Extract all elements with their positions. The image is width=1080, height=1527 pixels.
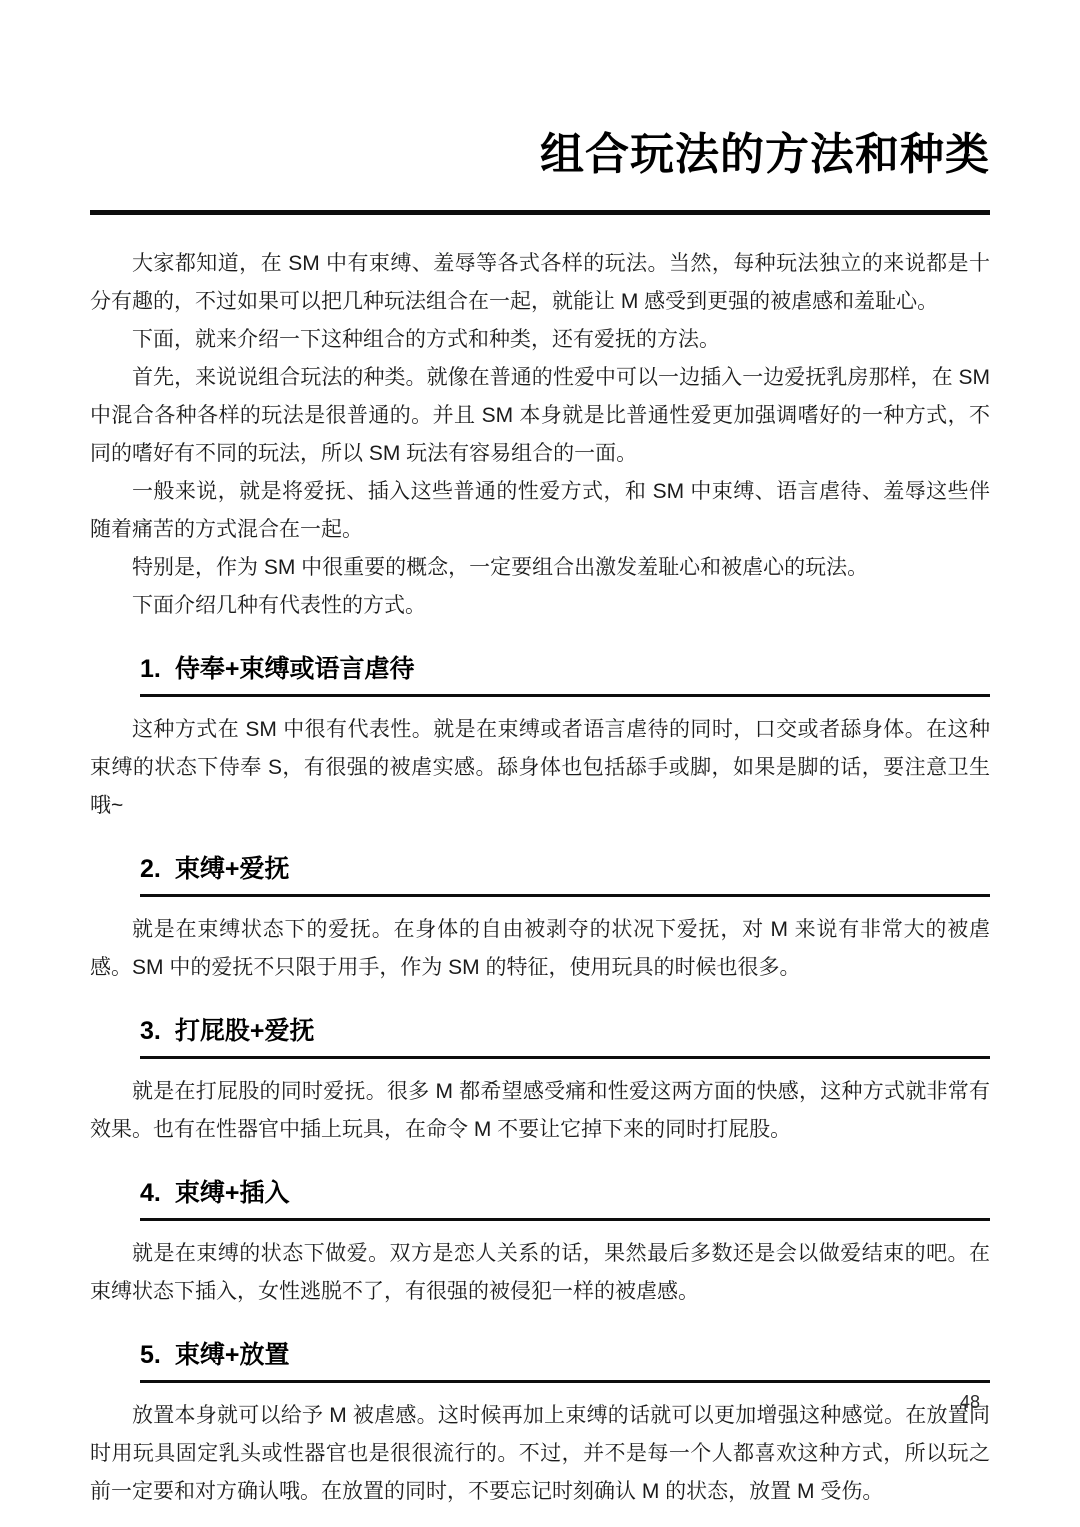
document-page: 组合玩法的方法和种类 大家都知道，在 SM 中有束缚、羞辱等各式各样的玩法。当然…	[0, 130, 1080, 1511]
section-title: 束缚+爱抚	[175, 849, 290, 885]
section-3: 3. 打屁股+爱抚 就是在打屁股的同时爱抚。很多 M 都希望感受痛和性爱这两方面…	[90, 1011, 990, 1149]
section-4-heading: 4. 束缚+插入	[140, 1173, 990, 1221]
section-5: 5. 束缚+放置 放置本身就可以给予 M 被虐感。这时候再加上束缚的话就可以更加…	[90, 1335, 990, 1511]
section-3-body: 就是在打屁股的同时爱抚。很多 M 都希望感受痛和性爱这两方面的快感，这种方式就非…	[90, 1073, 990, 1149]
section-2-heading: 2. 束缚+爱抚	[140, 849, 990, 897]
intro-block: 大家都知道，在 SM 中有束缚、羞辱等各式各样的玩法。当然，每种玩法独立的来说都…	[90, 245, 990, 625]
intro-paragraph: 大家都知道，在 SM 中有束缚、羞辱等各式各样的玩法。当然，每种玩法独立的来说都…	[90, 245, 990, 321]
intro-paragraph: 下面，就来介绍一下这种组合的方式和种类，还有爱抚的方法。	[90, 321, 990, 359]
section-number: 3.	[140, 1017, 161, 1046]
section-3-heading: 3. 打屁股+爱抚	[140, 1011, 990, 1059]
page-title: 组合玩法的方法和种类	[90, 130, 990, 181]
section-2-body: 就是在束缚状态下的爱抚。在身体的自由被剥夺的状况下爱抚，对 M 来说有非常大的被…	[90, 911, 990, 987]
section-title: 束缚+放置	[175, 1335, 290, 1371]
page-number: 48	[960, 1392, 980, 1413]
intro-paragraph: 特别是，作为 SM 中很重要的概念，一定要组合出激发羞耻心和被虐心的玩法。	[90, 549, 990, 587]
section-number: 1.	[140, 655, 161, 684]
intro-paragraph: 下面介绍几种有代表性的方式。	[90, 587, 990, 625]
section-2: 2. 束缚+爱抚 就是在束缚状态下的爱抚。在身体的自由被剥夺的状况下爱抚，对 M…	[90, 849, 990, 987]
section-1-body: 这种方式在 SM 中很有代表性。就是在束缚或者语言虐待的同时，口交或者舔身体。在…	[90, 711, 990, 825]
section-title: 侍奉+束缚或语言虐待	[175, 649, 415, 685]
intro-paragraph: 首先，来说说组合玩法的种类。就像在普通的性爱中可以一边插入一边爱抚乳房那样，在 …	[90, 359, 990, 473]
section-5-body: 放置本身就可以给予 M 被虐感。这时候再加上束缚的话就可以更加增强这种感觉。在放…	[90, 1397, 990, 1511]
section-1: 1. 侍奉+束缚或语言虐待 这种方式在 SM 中很有代表性。就是在束缚或者语言虐…	[90, 649, 990, 825]
section-number: 2.	[140, 855, 161, 884]
section-number: 5.	[140, 1341, 161, 1370]
section-5-heading: 5. 束缚+放置	[140, 1335, 990, 1383]
section-number: 4.	[140, 1179, 161, 1208]
intro-paragraph: 一般来说，就是将爱抚、插入这些普通的性爱方式，和 SM 中束缚、语言虐待、羞辱这…	[90, 473, 990, 549]
section-4: 4. 束缚+插入 就是在束缚的状态下做爱。双方是恋人关系的话，果然最后多数还是会…	[90, 1173, 990, 1311]
section-1-heading: 1. 侍奉+束缚或语言虐待	[140, 649, 990, 697]
section-title: 打屁股+爱抚	[175, 1011, 315, 1047]
section-title: 束缚+插入	[175, 1173, 290, 1209]
section-4-body: 就是在束缚的状态下做爱。双方是恋人关系的话，果然最后多数还是会以做爱结束的吧。在…	[90, 1235, 990, 1311]
title-divider	[90, 210, 990, 215]
